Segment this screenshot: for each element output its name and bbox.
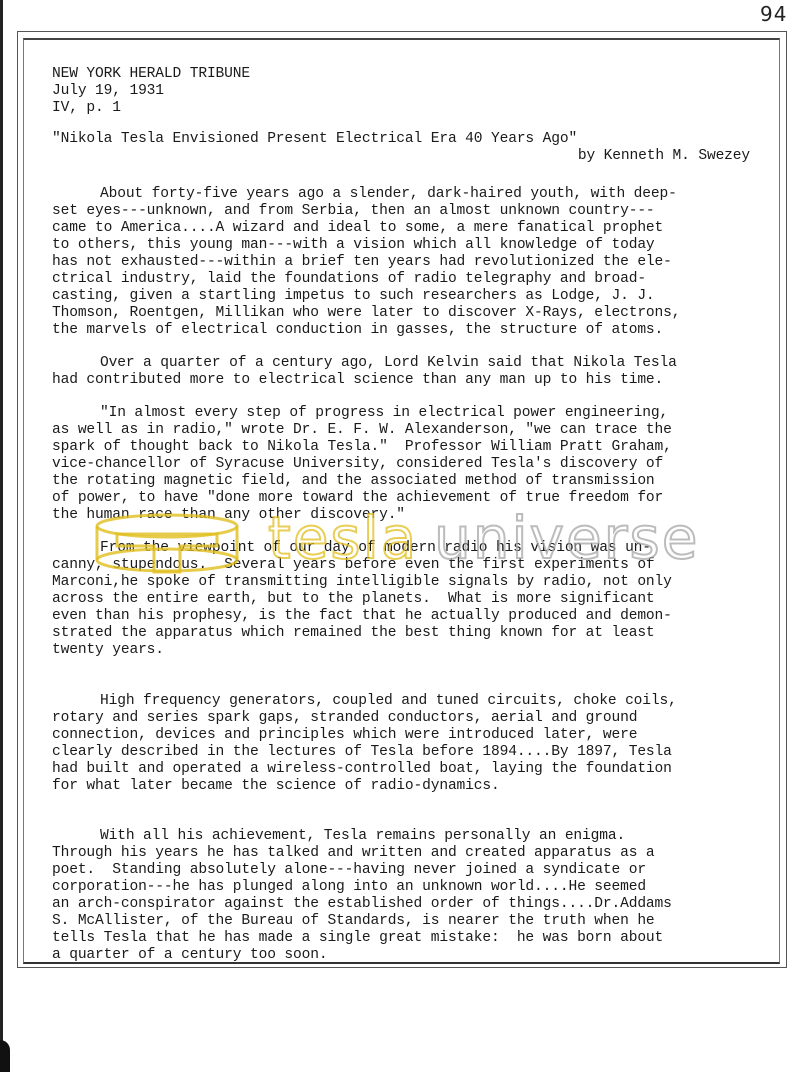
paragraph: "In almost every step of progress in ele… <box>52 405 774 524</box>
text-line: of power, to have "done more toward the … <box>52 490 774 507</box>
text-line: S. McAllister, of the Bureau of Standard… <box>52 913 774 930</box>
text-line: came to America....A wizard and ideal to… <box>52 220 774 237</box>
text-line: casting, given a startling impetus to su… <box>52 288 774 305</box>
text-line: for what later became the science of rad… <box>52 778 774 795</box>
text-line: connection, devices and principles which… <box>52 727 774 744</box>
paragraph: From the viewpoint of our day of modern … <box>52 540 774 659</box>
paragraph: High frequency generators, coupled and t… <box>52 693 774 795</box>
text-line: strated the apparatus which remained the… <box>52 625 774 642</box>
text-line: had built and operated a wireless-contro… <box>52 761 774 778</box>
text-line: canny, stupendous. Several years before … <box>52 557 774 574</box>
text-line: corporation---he has plunged along into … <box>52 879 774 896</box>
text-line: a quarter of a century too soon. <box>52 947 774 964</box>
text-line: had contributed more to electrical scien… <box>52 372 774 389</box>
article: NEW YORK HERALD TRIBUNE July 19, 1931 IV… <box>52 66 774 964</box>
text-line: to others, this young man---with a visio… <box>52 237 774 254</box>
text-line: High frequency generators, coupled and t… <box>52 693 774 710</box>
text-line: twenty years. <box>52 642 774 659</box>
text-line: set eyes---unknown, and from Serbia, the… <box>52 203 774 220</box>
scan-left-edge <box>0 0 3 1072</box>
text-line: tells Tesla that he has made a single gr… <box>52 930 774 947</box>
publication-section: IV, p. 1 <box>52 100 774 117</box>
publication-name: NEW YORK HERALD TRIBUNE <box>52 66 774 83</box>
text-line: across the entire earth, but to the plan… <box>52 591 774 608</box>
text-line: Thomson, Roentgen, Millikan who were lat… <box>52 305 774 322</box>
text-line: rotary and series spark gaps, stranded c… <box>52 710 774 727</box>
text-line: ctrical industry, laid the foundations o… <box>52 271 774 288</box>
text-line: even than his prophesy, is the fact that… <box>52 608 774 625</box>
article-headline: "Nikola Tesla Envisioned Present Electri… <box>52 131 774 148</box>
publication-date: July 19, 1931 <box>52 83 774 100</box>
paragraph: Over a quarter of a century ago, Lord Ke… <box>52 355 774 389</box>
text-line: as well as in radio," wrote Dr. E. F. W.… <box>52 422 774 439</box>
text-line: the human race than any other discovery.… <box>52 507 774 524</box>
text-line: an arch-conspirator against the establis… <box>52 896 774 913</box>
text-line: the rotating magnetic field, and the ass… <box>52 473 774 490</box>
text-line: Through his years he has talked and writ… <box>52 845 774 862</box>
text-line: Over a quarter of a century ago, Lord Ke… <box>52 355 774 372</box>
text-line: With all his achievement, Tesla remains … <box>52 828 774 845</box>
article-byline: by Kenneth M. Swezey <box>52 148 774 165</box>
paragraph: About forty-five years ago a slender, da… <box>52 186 774 339</box>
scan-corner-shadow <box>0 1040 10 1072</box>
paragraph: With all his achievement, Tesla remains … <box>52 828 774 964</box>
text-line: About forty-five years ago a slender, da… <box>52 186 774 203</box>
text-line: poet. Standing absolutely alone---having… <box>52 862 774 879</box>
text-line: From the viewpoint of our day of modern … <box>52 540 774 557</box>
text-line: spark of thought back to Nikola Tesla." … <box>52 439 774 456</box>
text-line: Marconi,he spoke of transmitting intelli… <box>52 574 774 591</box>
text-line: has not exhausted---within a brief ten y… <box>52 254 774 271</box>
text-line: the marvels of electrical conduction in … <box>52 322 774 339</box>
text-line: clearly described in the lectures of Tes… <box>52 744 774 761</box>
page-number: 94 <box>760 2 787 26</box>
text-line: vice-chancellor of Syracuse University, … <box>52 456 774 473</box>
text-line: "In almost every step of progress in ele… <box>52 405 774 422</box>
